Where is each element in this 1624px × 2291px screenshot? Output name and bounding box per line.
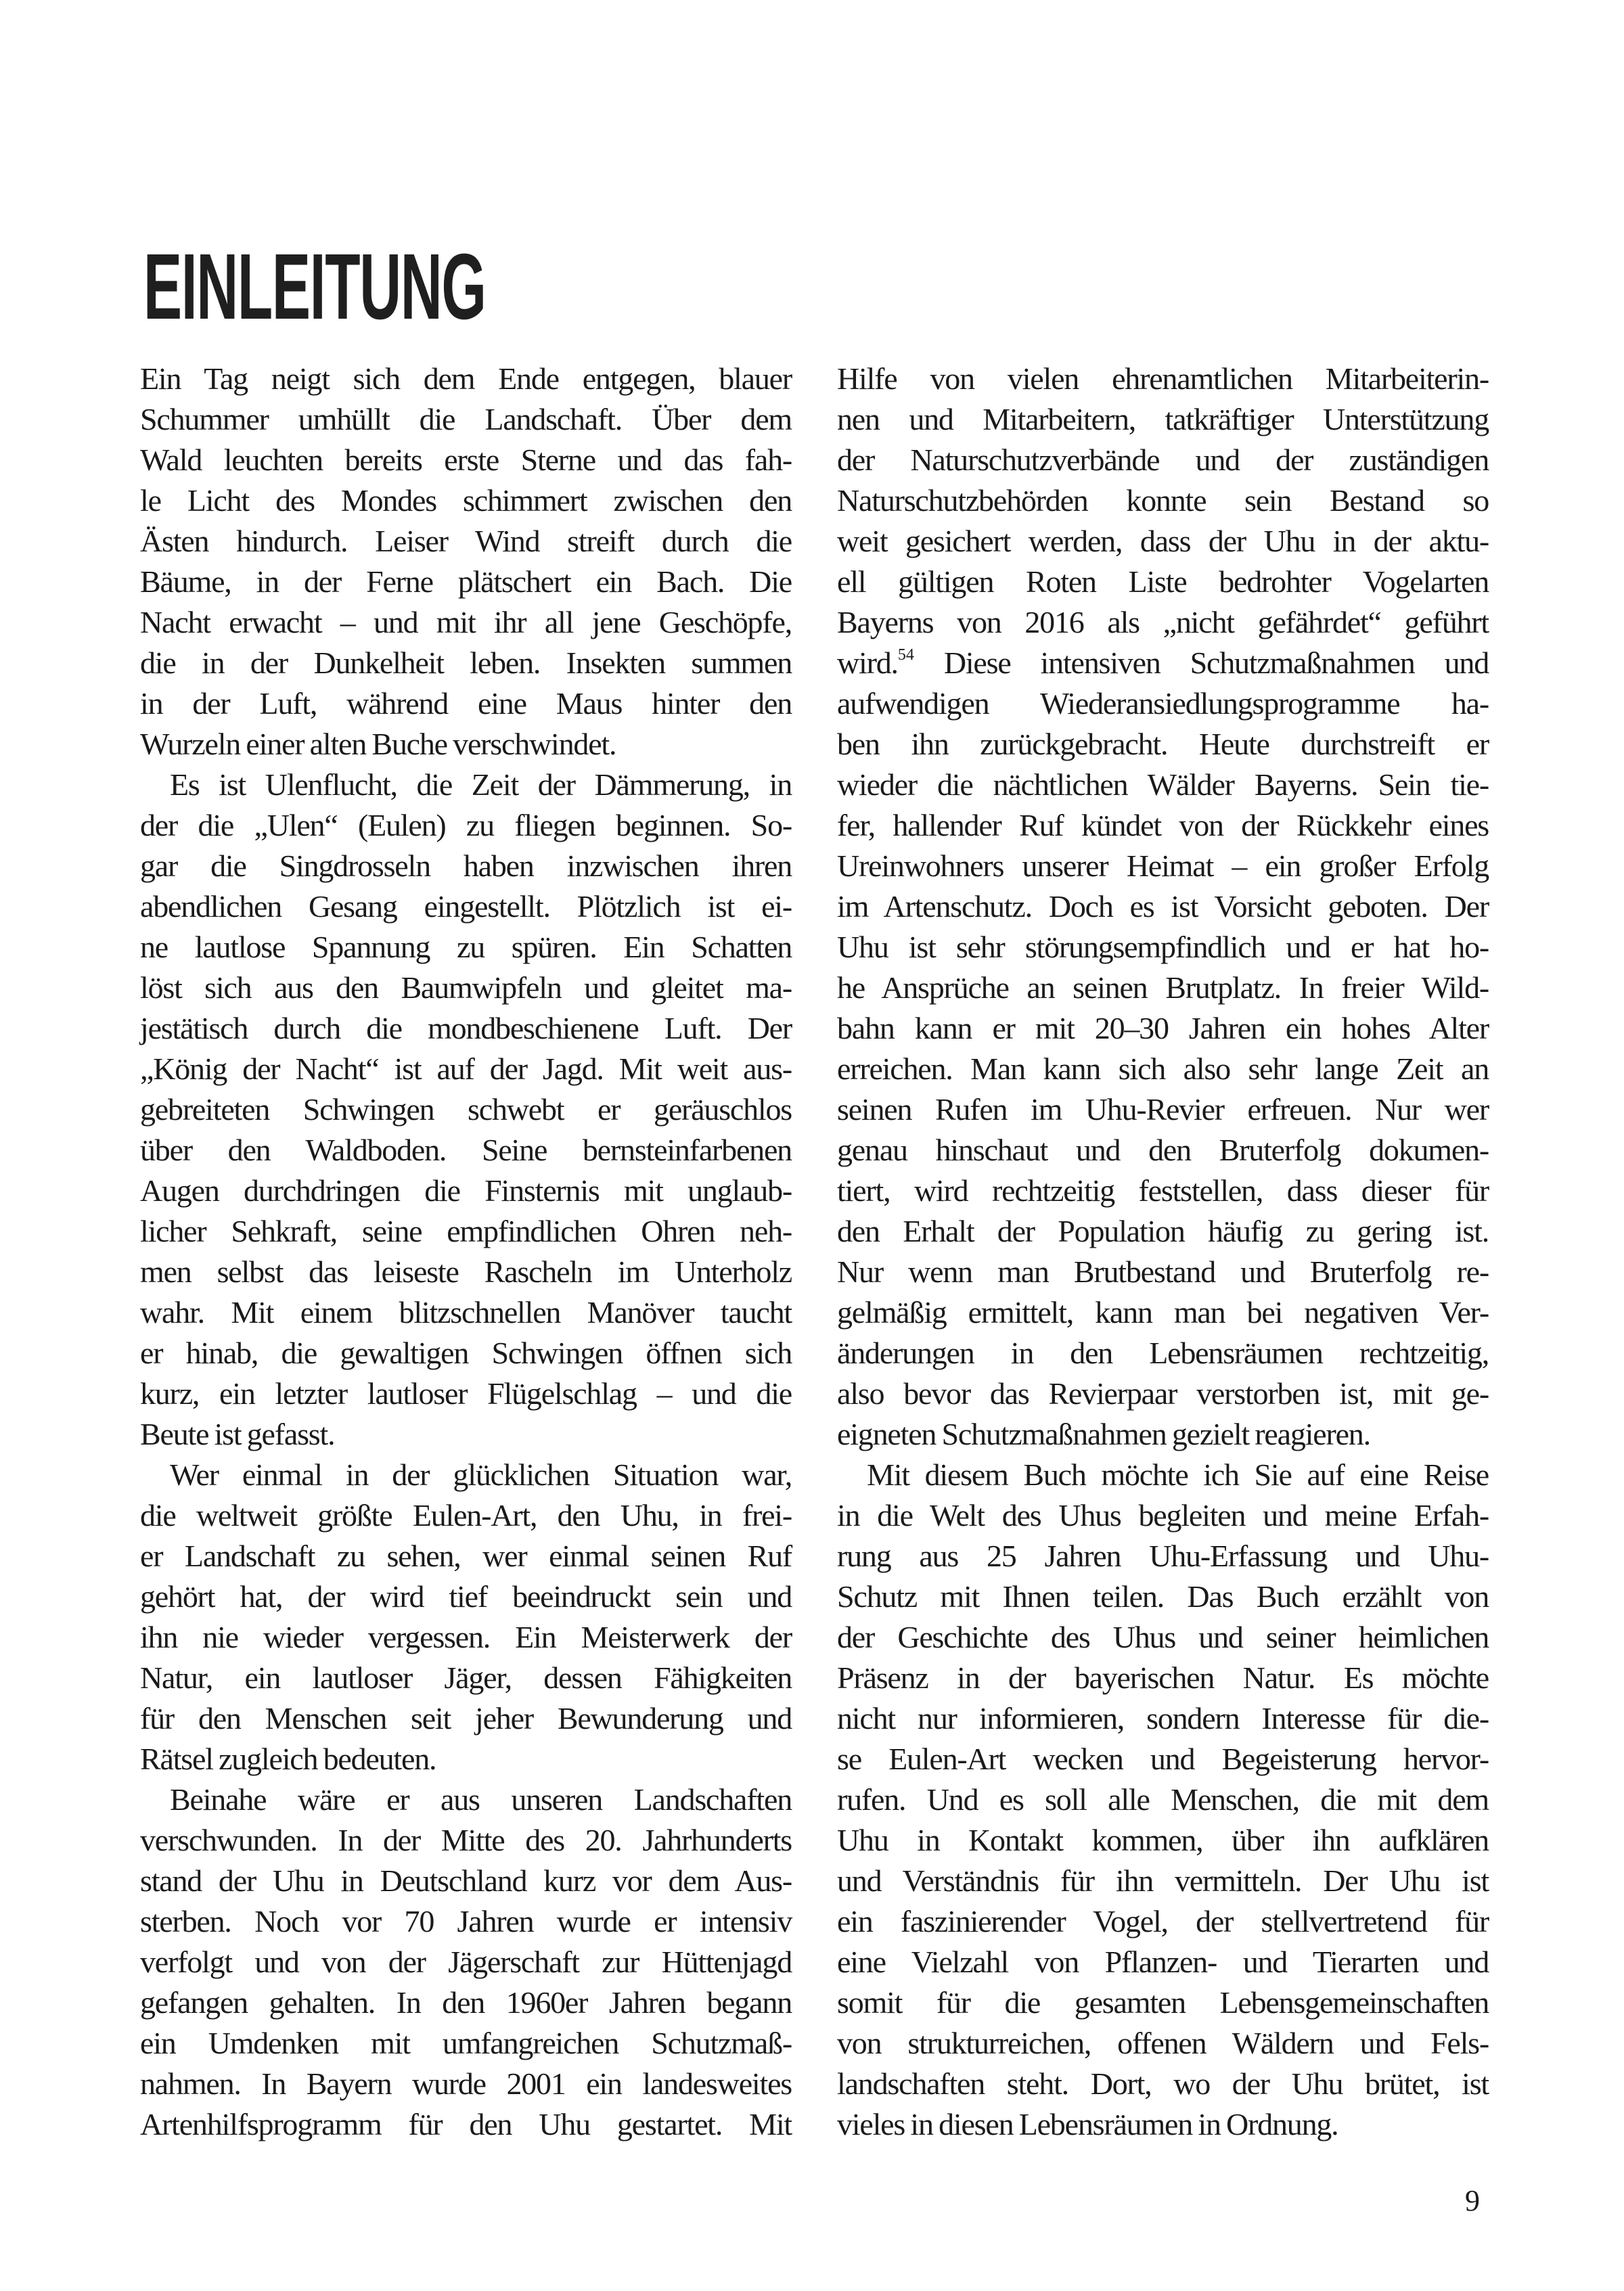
text-line: seinen Rufen im Uhu-Revier erfreuen. Nur… xyxy=(837,1089,1489,1130)
text-line: bahn kann er mit 20–30 Jahren ein hohes … xyxy=(837,1008,1489,1049)
text-line: Schummer umhüllt die Landschaft. Über de… xyxy=(140,399,792,440)
text-line: änderungen in den Lebensräumen rechtzeit… xyxy=(837,1333,1489,1374)
text-line: ne lautlose Spannung zu spüren. Ein Scha… xyxy=(140,927,792,968)
text-line: se Eulen-Art wecken und Begeisterung her… xyxy=(837,1739,1489,1779)
text-line: „König der Nacht“ ist auf der Jagd. Mit … xyxy=(140,1049,792,1089)
book-page: EINLEITUNG Ein Tag neigt sich dem Ende e… xyxy=(0,0,1624,2291)
text-line: Nur wenn man Brutbestand und Bruterfolg … xyxy=(837,1252,1489,1292)
text-line: sterben. Noch vor 70 Jahren wurde er int… xyxy=(140,1901,792,1942)
text-line: Nacht erwacht – und mit ihr all jene Ges… xyxy=(140,602,792,643)
chapter-title: EINLEITUNG xyxy=(143,240,486,334)
text-line: rung aus 25 Jahren Uhu-Erfassung und Uhu… xyxy=(837,1536,1489,1577)
text-line: und Verständnis für ihn vermitteln. Der … xyxy=(837,1861,1489,1901)
text-line: fer, hallender Ruf kündet von der Rückke… xyxy=(837,805,1489,846)
text-line: im Artenschutz. Doch es ist Vorsicht geb… xyxy=(837,886,1489,927)
text-line: von strukturreichen, offenen Wäldern und… xyxy=(837,2023,1489,2064)
text-line: Uhu in Kontakt kommen, über ihn aufkläre… xyxy=(837,1820,1489,1861)
text-line: men selbst das leiseste Rascheln im Unte… xyxy=(140,1252,792,1292)
text-line: Rätsel zugleich bedeuten. xyxy=(140,1739,792,1779)
text-fragment: wird. xyxy=(837,645,898,680)
text-line: den Erhalt der Population häufig zu geri… xyxy=(837,1211,1489,1252)
text-line: weit gesichert werden, dass der Uhu in d… xyxy=(837,521,1489,562)
text-line: in der Luft, während eine Maus hinter de… xyxy=(140,683,792,724)
text-line: Wald leuchten bereits erste Sterne und d… xyxy=(140,440,792,480)
footnote-reference[interactable]: 54 xyxy=(898,646,914,664)
text-line: genau hinschaut und den Bruterfolg dokum… xyxy=(837,1130,1489,1171)
text-line: rufen. Und es soll alle Menschen, die mi… xyxy=(837,1779,1489,1820)
text-line: nicht nur informieren, sondern Interesse… xyxy=(837,1698,1489,1739)
text-line: Ein Tag neigt sich dem Ende entgegen, bl… xyxy=(140,359,792,399)
text-line: nen und Mitarbeitern, tatkräftiger Unter… xyxy=(837,399,1489,440)
text-line: Mit diesem Buch möchte ich Sie auf eine … xyxy=(837,1455,1489,1495)
text-line: verschwunden. In der Mitte des 20. Jahrh… xyxy=(140,1820,792,1861)
text-line: Ureinwohners unserer Heimat – ein großer… xyxy=(837,846,1489,886)
text-line: gehört hat, der wird tief beeindruckt se… xyxy=(140,1577,792,1617)
text-line: Schutz mit Ihnen teilen. Das Buch erzähl… xyxy=(837,1577,1489,1617)
text-line: tiert, wird rechtzeitig feststellen, das… xyxy=(837,1171,1489,1211)
text-line: Bäume, in der Ferne plätschert ein Bach.… xyxy=(140,562,792,602)
text-line: über den Waldboden. Seine bernsteinfarbe… xyxy=(140,1130,792,1171)
text-line: Ästen hindurch. Leiser Wind streift durc… xyxy=(140,521,792,562)
text-line: Natur, ein lautloser Jäger, dessen Fähig… xyxy=(140,1658,792,1698)
text-line: landschaften steht. Dort, wo der Uhu brü… xyxy=(837,2064,1489,2104)
text-line: also bevor das Revierpaar verstorben ist… xyxy=(837,1374,1489,1414)
text-line: vieles in diesen Lebensräumen in Ordnung… xyxy=(837,2104,1489,2145)
text-line: Präsenz in der bayerischen Natur. Es möc… xyxy=(837,1658,1489,1698)
text-line: somit für die gesamten Lebensgemeinschaf… xyxy=(837,1982,1489,2023)
text-line: kurz, ein letzter lautloser Flügelschlag… xyxy=(140,1374,792,1414)
text-line: Bayerns von 2016 als „nicht gefährdet“ g… xyxy=(837,602,1489,643)
text-line: die weltweit größte Eulen-Art, den Uhu, … xyxy=(140,1495,792,1536)
text-line: in die Welt des Uhus begleiten und meine… xyxy=(837,1495,1489,1536)
text-line: Wer einmal in der glücklichen Situation … xyxy=(140,1455,792,1495)
text-line: gebreiteten Schwingen schwebt er geräusc… xyxy=(140,1089,792,1130)
text-line: Es ist Ulenflucht, die Zeit der Dämmerun… xyxy=(140,765,792,805)
text-line: Augen durchdringen die Finsternis mit un… xyxy=(140,1171,792,1211)
text-fragment: Diese intensiven Schutzmaßnahmen und xyxy=(914,645,1489,680)
text-line: wieder die nächtlichen Wälder Bayerns. S… xyxy=(837,765,1489,805)
text-line: er Landschaft zu sehen, wer einmal seine… xyxy=(140,1536,792,1577)
text-line: der Naturschutzverbände und der zuständi… xyxy=(837,440,1489,480)
text-line: Uhu ist sehr störungsempfindlich und er … xyxy=(837,927,1489,968)
text-line: Beinahe wäre er aus unseren Landschaften xyxy=(140,1779,792,1820)
text-line: für den Menschen seit jeher Bewunderung … xyxy=(140,1698,792,1739)
text-line: stand der Uhu in Deutschland kurz vor de… xyxy=(140,1861,792,1901)
text-line: ell gültigen Roten Liste bedrohter Vogel… xyxy=(837,562,1489,602)
right-text-column: Hilfe von vielen ehrenamtlichen Mitarbei… xyxy=(837,359,1489,2145)
text-line: der die „Ulen“ (Eulen) zu fliegen beginn… xyxy=(140,805,792,846)
left-text-column: Ein Tag neigt sich dem Ende entgegen, bl… xyxy=(140,359,792,2145)
text-line: ihn nie wieder vergessen. Ein Meisterwer… xyxy=(140,1617,792,1658)
text-line: er hinab, die gewaltigen Schwingen öffne… xyxy=(140,1333,792,1374)
text-line: eigneten Schutzmaßnahmen gezielt reagier… xyxy=(837,1414,1489,1455)
text-line: wahr. Mit einem blitzschnellen Manöver t… xyxy=(140,1292,792,1333)
text-line: gefangen gehalten. In den 1960er Jahren … xyxy=(140,1982,792,2023)
text-line: jestätisch durch die mondbeschienene Luf… xyxy=(140,1008,792,1049)
text-line: he Ansprüche an seinen Brutplatz. In fre… xyxy=(837,968,1489,1008)
text-line: erreichen. Man kann sich also sehr lange… xyxy=(837,1049,1489,1089)
text-line: Wurzeln einer alten Buche verschwindet. xyxy=(140,724,792,765)
page-number: 9 xyxy=(1465,2184,1480,2218)
text-line: ein faszinierender Vogel, der stellvertr… xyxy=(837,1901,1489,1942)
text-line: gelmäßig ermittelt, kann man bei negativ… xyxy=(837,1292,1489,1333)
text-line: verfolgt und von der Jägerschaft zur Hüt… xyxy=(140,1942,792,1982)
text-line: le Licht des Mondes schimmert zwischen d… xyxy=(140,480,792,521)
text-line: Naturschutzbehörden konnte sein Bestand … xyxy=(837,480,1489,521)
text-line: abendlichen Gesang eingestellt. Plötzlic… xyxy=(140,886,792,927)
text-line: wird.54 Diese intensiven Schutzmaßnahmen… xyxy=(837,643,1489,683)
text-line: ein Umdenken mit umfangreichen Schutzmaß… xyxy=(140,2023,792,2064)
text-line: gar die Singdrosseln haben inzwischen ih… xyxy=(140,846,792,886)
text-line: nahmen. In Bayern wurde 2001 ein landesw… xyxy=(140,2064,792,2104)
text-line: ben ihn zurückgebracht. Heute durchstrei… xyxy=(837,724,1489,765)
text-line: Hilfe von vielen ehrenamtlichen Mitarbei… xyxy=(837,359,1489,399)
text-line: Beute ist gefasst. xyxy=(140,1414,792,1455)
text-line: aufwendigen Wiederansiedlungsprogramme h… xyxy=(837,683,1489,724)
text-line: löst sich aus den Baumwipfeln und gleite… xyxy=(140,968,792,1008)
text-line: licher Sehkraft, seine empfindlichen Ohr… xyxy=(140,1211,792,1252)
text-line: Artenhilfsprogramm für den Uhu gestartet… xyxy=(140,2104,792,2145)
text-line: die in der Dunkelheit leben. Insekten su… xyxy=(140,643,792,683)
text-line: eine Vielzahl von Pflanzen- und Tierarte… xyxy=(837,1942,1489,1982)
text-line: der Geschichte des Uhus und seiner heiml… xyxy=(837,1617,1489,1658)
